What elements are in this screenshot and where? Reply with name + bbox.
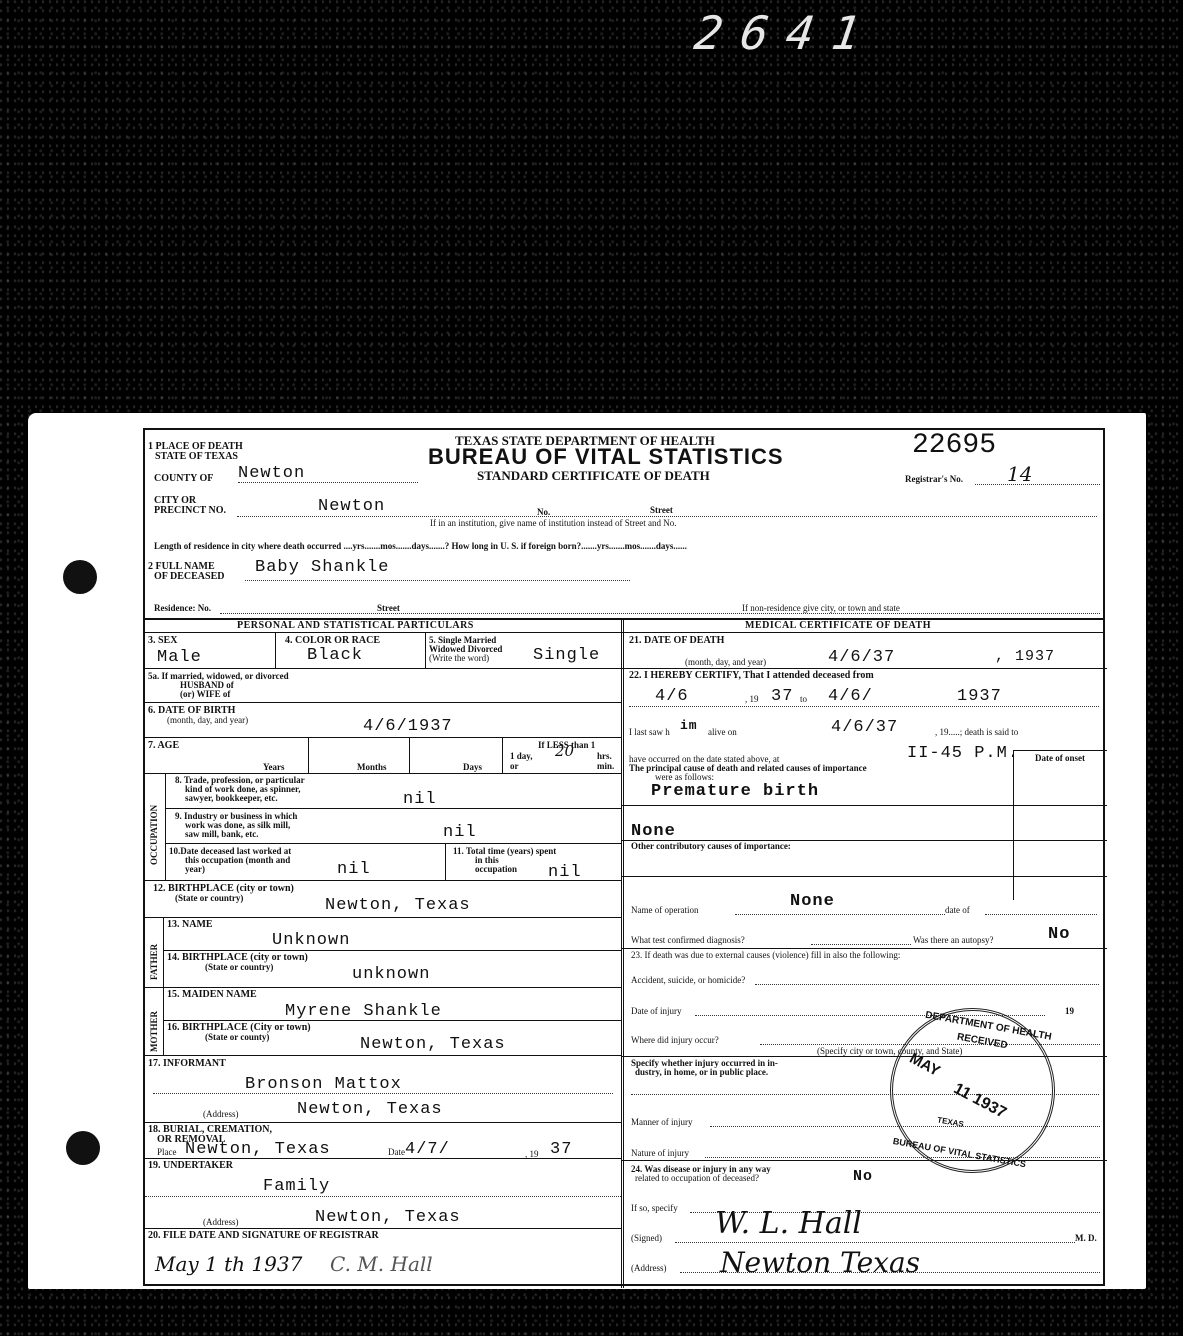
md-label: M. D. bbox=[1075, 1234, 1097, 1243]
attended-to-date: 4/6/ bbox=[828, 687, 873, 706]
personal-section-title: PERSONAL AND STATISTICAL PARTICULARS bbox=[237, 620, 474, 631]
burial-place-label: Place bbox=[157, 1148, 177, 1157]
trade-value: nil bbox=[403, 790, 437, 809]
mother-birthplace-sublabel: (State or county) bbox=[205, 1033, 269, 1042]
operation-value: None bbox=[790, 892, 835, 911]
autopsy-value: No bbox=[1048, 925, 1070, 944]
bureau-title: BUREAU OF VITAL STATISTICS bbox=[428, 444, 784, 470]
stamp-date: 11 1937 bbox=[950, 1080, 1009, 1123]
stamp-received: RECEIVED bbox=[956, 1032, 1008, 1052]
burial-place: Newton, Texas bbox=[185, 1140, 331, 1159]
date-of-death-sublabel: (month, day, and year) bbox=[685, 658, 766, 667]
father-birthplace: unknown bbox=[352, 965, 430, 984]
race-value: Black bbox=[307, 646, 363, 665]
occupation-vertical-label: OCCUPATION bbox=[149, 805, 159, 865]
external-causes-label: 23. If death was due to external causes … bbox=[631, 951, 900, 960]
sex-value: Male bbox=[157, 648, 202, 667]
deceased-name: Baby Shankle bbox=[255, 558, 389, 577]
death-certificate-form: 1 PLACE OF DEATH STATE OF TEXAS COUNTY O… bbox=[143, 428, 1105, 1286]
marital-value: Single bbox=[533, 646, 600, 665]
certificate-number: 22695 bbox=[912, 430, 996, 461]
registrar-signature: C. M. Hall bbox=[330, 1252, 433, 1276]
birthplace-value: Newton, Texas bbox=[325, 896, 471, 915]
father-vertical-label: FATHER bbox=[149, 944, 159, 980]
race-label: 4. COLOR OR RACE bbox=[285, 636, 380, 646]
of-deceased-label: OF DECEASED bbox=[154, 572, 224, 582]
alive-on-label: alive on bbox=[708, 728, 737, 737]
injury-year-label: 19 bbox=[1065, 1007, 1074, 1016]
accident-label: Accident, suicide, or homicide? bbox=[631, 976, 745, 985]
last-saw-label: I last saw h bbox=[629, 728, 670, 737]
punch-hole bbox=[63, 560, 97, 594]
operation-label: Name of operation bbox=[631, 906, 698, 915]
occupation-related-label-2: related to occupation of deceased? bbox=[635, 1174, 759, 1183]
physician-address-label: (Address) bbox=[631, 1264, 667, 1273]
burial-year: 37 bbox=[550, 1140, 572, 1159]
undertaker-address-label: (Address) bbox=[203, 1218, 239, 1227]
residence-label: Residence: No. bbox=[154, 604, 211, 613]
mother-birthplace: Newton, Texas bbox=[360, 1035, 506, 1054]
hrs-label: hrs. bbox=[597, 752, 612, 761]
state-label: STATE OF TEXAS bbox=[155, 452, 238, 462]
last-worked-value: nil bbox=[337, 860, 371, 879]
total-time-label-3: occupation bbox=[475, 865, 517, 874]
from-year-prefix: , 19 bbox=[745, 695, 759, 704]
institution-note: If in an institution, give name of insti… bbox=[430, 519, 676, 528]
county-label: COUNTY OF bbox=[154, 474, 213, 484]
residence-length: Length of residence in city where death … bbox=[154, 542, 687, 551]
or-label: or bbox=[510, 762, 519, 771]
date-of-death: 4/6/37 bbox=[828, 648, 895, 667]
time-of-death: II-45 P.M. bbox=[907, 744, 1019, 763]
marital-label-3: (Write the word) bbox=[429, 654, 489, 663]
informant-address-label: (Address) bbox=[203, 1110, 239, 1119]
days-label: Days bbox=[463, 763, 482, 772]
months-label: Months bbox=[357, 763, 387, 772]
county-value: Newton bbox=[238, 464, 305, 483]
file-date: May 1 th 1937 bbox=[155, 1252, 302, 1276]
residence-street-label: Street bbox=[377, 604, 400, 613]
burial-date: 4/7/ bbox=[405, 1140, 450, 1159]
form-title: STANDARD CERTIFICATE OF DEATH bbox=[477, 468, 710, 484]
physician-signature: W. L. Hall bbox=[715, 1206, 862, 1241]
occupation-related-value: No bbox=[853, 1168, 873, 1185]
attended-to-year: 1937 bbox=[957, 687, 1002, 706]
injury-date-label: Date of injury bbox=[631, 1007, 681, 1016]
to-label: to bbox=[800, 695, 807, 704]
undertaker-label: 19. UNDERTAKER bbox=[148, 1161, 233, 1171]
nature-label: Nature of injury bbox=[631, 1149, 689, 1158]
years-label: Years bbox=[263, 763, 285, 772]
registrar-number: 14 bbox=[1007, 462, 1032, 486]
last-saw-pronoun: im bbox=[680, 718, 698, 733]
injury-where-label: Where did injury occur? bbox=[631, 1036, 719, 1045]
medical-section-title: MEDICAL CERTIFICATE OF DEATH bbox=[745, 620, 931, 631]
father-birthplace-sublabel: (State or country) bbox=[205, 963, 273, 972]
informant-address: Newton, Texas bbox=[297, 1100, 443, 1119]
contributory-label: Other contributory causes of importance: bbox=[631, 842, 791, 851]
stamp-month: MAY bbox=[907, 1050, 943, 1080]
last-saw-date: 4/6/37 bbox=[831, 718, 898, 737]
secondary-cause: None bbox=[631, 822, 676, 841]
file-date-label: 20. FILE DATE AND SIGNATURE OF REGISTRAR bbox=[148, 1231, 379, 1241]
city-value: Newton bbox=[318, 497, 385, 516]
wife-label: (or) WIFE of bbox=[180, 690, 230, 699]
industry-value: nil bbox=[443, 823, 477, 842]
nonresidence-note: If non-residence give city, or town and … bbox=[742, 604, 900, 613]
informant-label: 17. INFORMANT bbox=[148, 1059, 226, 1069]
if-so-label: If so, specify bbox=[631, 1204, 678, 1213]
father-name-label: 13. NAME bbox=[167, 920, 213, 930]
manner-label: Manner of injury bbox=[631, 1118, 692, 1127]
street-label: Street bbox=[650, 506, 673, 515]
date-of-onset-label: Date of onset bbox=[1025, 754, 1095, 763]
injury-place-label-2: dustry, in home, or in public place. bbox=[635, 1068, 768, 1077]
principal-cause: Premature birth bbox=[651, 782, 819, 801]
attended-from-year: 37 bbox=[771, 687, 793, 706]
sex-label: 3. SEX bbox=[148, 636, 177, 646]
age-hours: 20 bbox=[555, 742, 574, 760]
operation-date-label: date of bbox=[945, 906, 970, 915]
age-label: 7. AGE bbox=[148, 741, 179, 751]
mother-name: Myrene Shankle bbox=[285, 1002, 442, 1021]
attended-from-date: 4/6 bbox=[655, 687, 689, 706]
stamp-state: TEXAS bbox=[937, 1115, 965, 1128]
date-of-death-label: 21. DATE OF DEATH bbox=[629, 636, 724, 646]
stamp-bureau: BUREAU OF VITAL STATISTICS bbox=[892, 1136, 1027, 1169]
frame-number: 2641 bbox=[691, 6, 881, 60]
certify-label: 22. I HEREBY CERTIFY, That I attended de… bbox=[629, 671, 874, 681]
undertaker-address: Newton, Texas bbox=[315, 1208, 461, 1227]
dob-sublabel: (month, day, and year) bbox=[167, 716, 248, 725]
signed-label: (Signed) bbox=[631, 1234, 662, 1243]
mother-name-label: 15. MAIDEN NAME bbox=[167, 990, 257, 1000]
punch-hole bbox=[66, 1131, 100, 1165]
causes-sublabel: were as follows: bbox=[655, 773, 714, 782]
trade-label-3: sawyer, bookkeeper, etc. bbox=[185, 794, 278, 803]
burial-date-label: Date bbox=[388, 1148, 405, 1157]
birthplace-sublabel: (State or country) bbox=[175, 894, 243, 903]
undertaker-name: Family bbox=[263, 1177, 330, 1196]
informant-name: Bronson Mattox bbox=[245, 1075, 402, 1094]
registrar-label: Registrar's No. bbox=[905, 475, 963, 484]
total-time-label: 11. Total time (years) spent bbox=[453, 847, 556, 856]
physician-address: Newton Texas bbox=[720, 1246, 920, 1279]
min-label: min. bbox=[597, 762, 614, 771]
last-saw-suffix: , 19.....; death is said to bbox=[935, 728, 1018, 737]
test-label: What test confirmed diagnosis? bbox=[631, 936, 745, 945]
precinct-label: PRECINCT NO. bbox=[154, 506, 226, 516]
autopsy-label: Was there an autopsy? bbox=[913, 936, 994, 945]
last-worked-label-3: year) bbox=[185, 865, 205, 874]
dob-value: 4/6/1937 bbox=[363, 717, 453, 736]
industry-label-3: saw mill, bank, etc. bbox=[185, 830, 259, 839]
date-of-death-year: , 1937 bbox=[995, 648, 1055, 665]
mother-vertical-label: MOTHER bbox=[149, 1011, 159, 1052]
father-name: Unknown bbox=[272, 931, 350, 950]
one-day-label: 1 day, bbox=[510, 752, 533, 761]
